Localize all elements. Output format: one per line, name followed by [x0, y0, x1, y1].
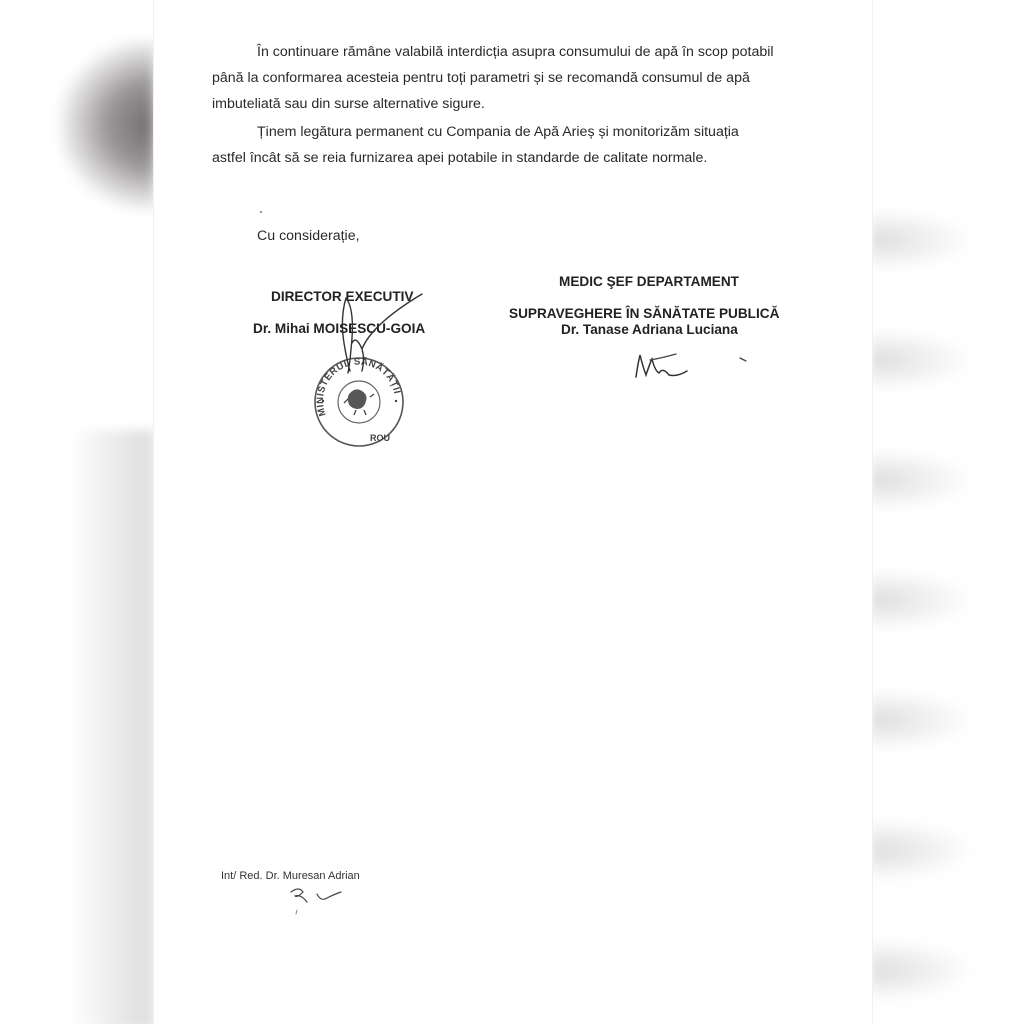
paragraph-line: imbuteliată sau din surse alternative si…: [212, 94, 485, 114]
paragraph-line: astfel încât să se reia furnizarea apei …: [212, 148, 707, 168]
signature-director-icon: [334, 293, 454, 413]
blur-shadow-left-bottom: [70, 430, 155, 1024]
blur-shadow-right: [870, 330, 970, 390]
blur-shadow-left-top: [60, 40, 155, 210]
paragraph-line: Ținem legătura permanent cu Compania de …: [257, 122, 739, 142]
signatory-title: MEDIC ŞEF DEPARTAMENT: [559, 272, 739, 292]
document-page: În continuare rămâne valabilă interdicți…: [153, 0, 873, 1024]
stamp-bottom-text: ROU: [370, 433, 390, 443]
paragraph-line: până la conformarea acesteia pentru toți…: [212, 68, 750, 88]
blur-shadow-right: [870, 690, 970, 750]
blur-shadow-right: [870, 570, 970, 630]
blur-shadow-right: [870, 940, 970, 1000]
signature-medic-icon: [632, 350, 772, 390]
signatory-name: Dr. Tanase Adriana Luciana: [561, 320, 738, 340]
closing-salutation: Cu considerație,: [257, 226, 360, 246]
blur-shadow-right: [870, 820, 970, 880]
signature-drafter-icon: [287, 880, 357, 920]
speck: [260, 211, 262, 213]
blur-shadow-right: [870, 450, 970, 510]
blur-shadow-right: [870, 210, 970, 270]
paragraph-line: În continuare rămâne valabilă interdicți…: [257, 42, 774, 62]
